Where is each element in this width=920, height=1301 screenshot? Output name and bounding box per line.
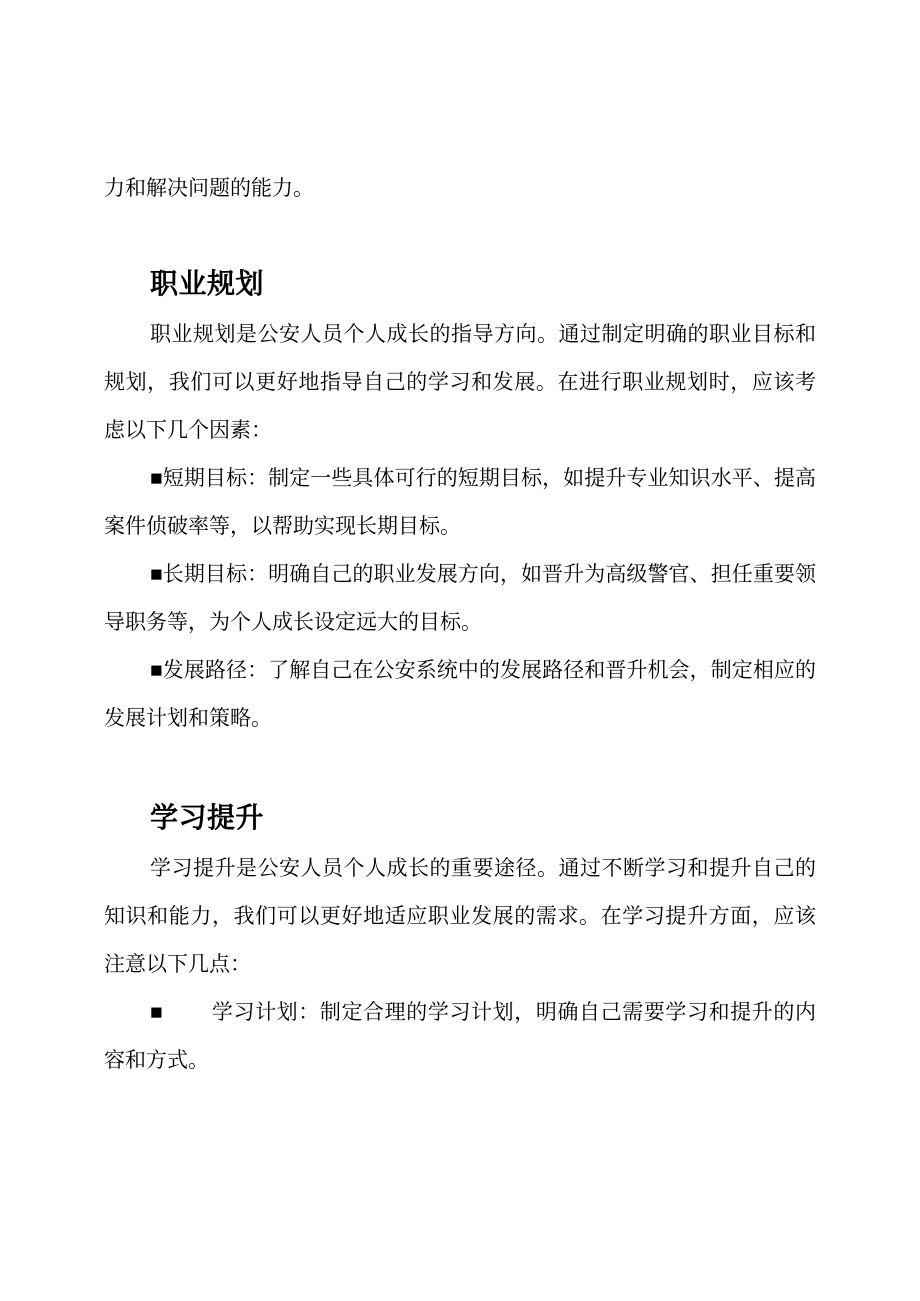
bullet-text-development-path: 发展路径：了解自己在公安系统中的发展路径和晋升机会，制定相应的发展计划和策略。 [104, 658, 816, 730]
paragraph-learning-improvement-intro: 学习提升是公安人员个人成长的重要途径。通过不断学习和提升自己的知识和能力，我们可… [104, 844, 816, 988]
document-page: 力和解决问题的能力。 职业规划 职业规划是公安人员个人成长的指导方向。通过制定明… [0, 0, 920, 1301]
bullet-square-icon: ■ [150, 1000, 163, 1024]
bullet-item-study-plan: ■学习计划：制定合理的学习计划，明确自己需要学习和提升的内容和方式。 [104, 988, 816, 1084]
bullet-square-icon: ■ [150, 466, 163, 490]
bullet-item-development-path: ■发展路径：了解自己在公安系统中的发展路径和晋升机会，制定相应的发展计划和策略。 [104, 646, 816, 742]
bullet-text-long-term-goals: 长期目标：明确自己的职业发展方向，如晋升为高级警官、担任重要领导职务等，为个人成… [104, 562, 816, 634]
bullet-square-icon: ■ [150, 562, 163, 586]
section-heading-career-planning: 职业规划 [104, 264, 816, 304]
paragraph-continuation: 力和解决问题的能力。 [104, 164, 816, 212]
section-heading-learning-improvement: 学习提升 [104, 798, 816, 838]
bullet-text-study-plan: 学习计划：制定合理的学习计划，明确自己需要学习和提升的内容和方式。 [104, 1000, 816, 1072]
bullet-item-short-term-goals: ■短期目标：制定一些具体可行的短期目标，如提升专业知识水平、提高案件侦破率等，以… [104, 454, 816, 550]
bullet-text-short-term-goals: 短期目标：制定一些具体可行的短期目标，如提升专业知识水平、提高案件侦破率等，以帮… [104, 466, 816, 538]
paragraph-career-planning-intro: 职业规划是公安人员个人成长的指导方向。通过制定明确的职业目标和规划，我们可以更好… [104, 310, 816, 454]
bullet-item-long-term-goals: ■长期目标：明确自己的职业发展方向，如晋升为高级警官、担任重要领导职务等，为个人… [104, 550, 816, 646]
bullet-square-icon: ■ [150, 658, 163, 682]
